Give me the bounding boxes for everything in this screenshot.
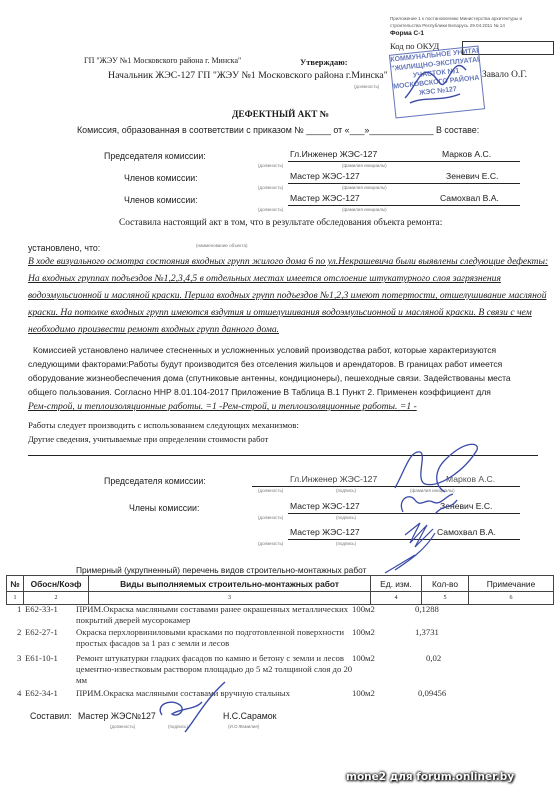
col-number: 2 [24,592,89,605]
member1-label: Членов комиссии: [124,173,198,183]
col-number: 6 [469,592,554,605]
established-label: установлено, что: [28,243,100,253]
finding-line: В ходе визуального осмотра состояния вхо… [28,256,548,267]
caption-fio: (фамилия инициалы) [342,185,387,190]
chairman-position: Гл.Инженер ЖЭС-127 [290,149,377,159]
sig-member1-position: Мастер ЖЭС-127 [290,501,360,511]
row-qty: 0,09456 [418,688,446,698]
coefficient-line: Рем-строй, и теплоизоляционные работы. =… [28,401,417,412]
other-info-line: Другие сведения, учитываемые при определ… [28,434,268,444]
row-desc: мм [76,675,87,685]
sig-members-label: Члены комиссии: [129,503,199,513]
approver-signature [400,58,470,108]
finding-line: На входных группах подъездов №1,2,3,4,5 … [28,273,501,284]
finding-line: необходимо произвести ремонт входных гру… [28,324,279,335]
sig-member2-position: Мастер ЖЭС-127 [290,527,360,537]
col-number: 4 [371,592,422,605]
row-number: 3 [17,653,21,663]
approver-name: Завало О.Г. [482,70,527,80]
col-number: 5 [422,592,469,605]
row-qty: 1,3731 [415,627,439,637]
compiled-by-signature [150,680,230,735]
row-qty: 0,1288 [415,604,439,614]
caption-fio: (И.О.Фамилия) [228,724,259,729]
col-works: Виды выполняемых строительно-монтажных р… [89,576,371,592]
row-desc: цементно-известковым раствором площадью … [76,664,352,674]
commission-order-line: Комиссия, образованная в соответствии с … [77,125,479,135]
row-code: Е62-33-1 [25,604,58,614]
chairman-line [288,161,520,162]
chairman-name: Марков А.С. [442,149,491,159]
conditions-line: Комиссией установлено наличее стесненных… [33,345,496,355]
conditions-line: следующими факторами:Работы будут произв… [28,359,502,369]
caption-position: (должность) [258,163,283,168]
row-qty: 0,02 [426,653,441,663]
col-no: № [7,576,24,592]
row-unit: 100м2 [352,627,375,637]
row-unit: 100м2 [352,653,375,663]
chairman-label: Председателя комиссии: [104,151,206,161]
row-number: 2 [17,627,21,637]
caption-position: (должность) [258,207,283,212]
row-desc: ПРИМ.Окраска масляными составами ранее о… [76,604,348,614]
sig-chairman-position: Гл.Инженер ЖЭС-127 [290,474,377,484]
row-desc: Ремонт штукатурки гладких фасадов по кам… [76,653,344,663]
works-title: Примерный (укрупненный) перечень видов с… [76,565,366,575]
member1-line [288,183,520,184]
member2-signature [375,515,455,575]
row-code: Е62-34-1 [25,688,58,698]
row-number: 4 [17,688,21,698]
annex-note-line1: Приложение 1 к постановлению Министерств… [390,16,522,21]
row-desc: покрытий дверей мусорокамер [76,615,190,625]
row-desc: Окраска перхлорвиниловыми красками по по… [76,627,344,637]
compiled-by-label: Составил: [30,711,72,721]
caption-signature: (подпись) [336,541,356,546]
member2-label: Членов комиссии: [124,195,198,205]
caption-position: (должность) [258,541,283,546]
compiled-by-name: Н.С.Сарамок [223,711,277,721]
col-number: 3 [89,592,371,605]
form-label: Форма С-1 [390,30,424,37]
caption-position: (должность) [110,724,135,729]
compiled-sentence: Составила настоящий акт в том, что в рез… [119,218,442,228]
finding-line: краски. На потолке входных групп имеются… [28,307,532,318]
caption-signature: (подпись) [336,488,356,493]
caption-position: (должность) [258,185,283,190]
col-number: 1 [7,592,24,605]
approved-label: Утверждаю: [300,57,348,67]
forum-watermark: mone2 для forum.onliner.by [346,771,514,783]
member1-position: Мастер ЖЭС-127 [290,171,360,181]
act-title: ДЕФЕКТНЫЙ АКТ № [232,110,329,120]
annex-note-line2: строительства Республики Беларусь 29.04.… [390,23,505,28]
member2-name: Самохвал В.А. [440,193,499,203]
col-note: Примечание [469,576,554,592]
member1-name: Зеневич Е.С. [446,171,498,181]
row-number: 1 [17,604,21,614]
caption-fio: (фамилия инициалы) [342,207,387,212]
compiled-by-position: Мастер ЖЭС№127 [78,711,156,721]
row-unit: 100м2 [352,688,375,698]
member2-line [288,205,520,206]
row-code: Е61-10-1 [25,653,58,663]
row-desc: простых фасадов за 1 раз с земли и лесов [76,638,229,648]
col-unit: Ед. изм. [371,576,422,592]
mechanisms-line: Работы следует производить с использован… [28,420,299,430]
row-unit: 100м2 [352,604,375,614]
approver-position: Начальник ЖЭС-127 ГП "ЖЭУ №1 Московского… [108,70,388,81]
caption-signature: (подпись) [336,515,356,520]
caption-object: (наименование объекта) [196,243,247,248]
conditions-line: общего пользования. Согласно ННР 8.01.10… [28,387,491,397]
caption-position: (должность) [258,488,283,493]
sig-chairman-position-line [252,486,288,487]
col-qty: Кол-во [422,576,469,592]
organization-name: ГП "ЖЭУ №1 Московского района г. Минска" [84,56,241,65]
works-table: № Обосн/Коэф Виды выполняемых строительн… [6,575,554,605]
caption-position: (должность) [258,515,283,520]
col-basis: Обосн/Коэф [24,576,89,592]
row-code: Е62-27-1 [25,627,58,637]
caption-fio: (фамилия инициалы) [342,163,387,168]
approver-position-caption: (должность) [354,84,379,89]
conditions-line: оборудование жизнеобеспечения дома (спут… [28,373,511,383]
member2-position: Мастер ЖЭС-127 [290,193,360,203]
sig-chairman-label: Председателя комиссии: [104,476,206,486]
finding-line: водоэмульсионной и масляной краски. Пери… [28,290,547,301]
